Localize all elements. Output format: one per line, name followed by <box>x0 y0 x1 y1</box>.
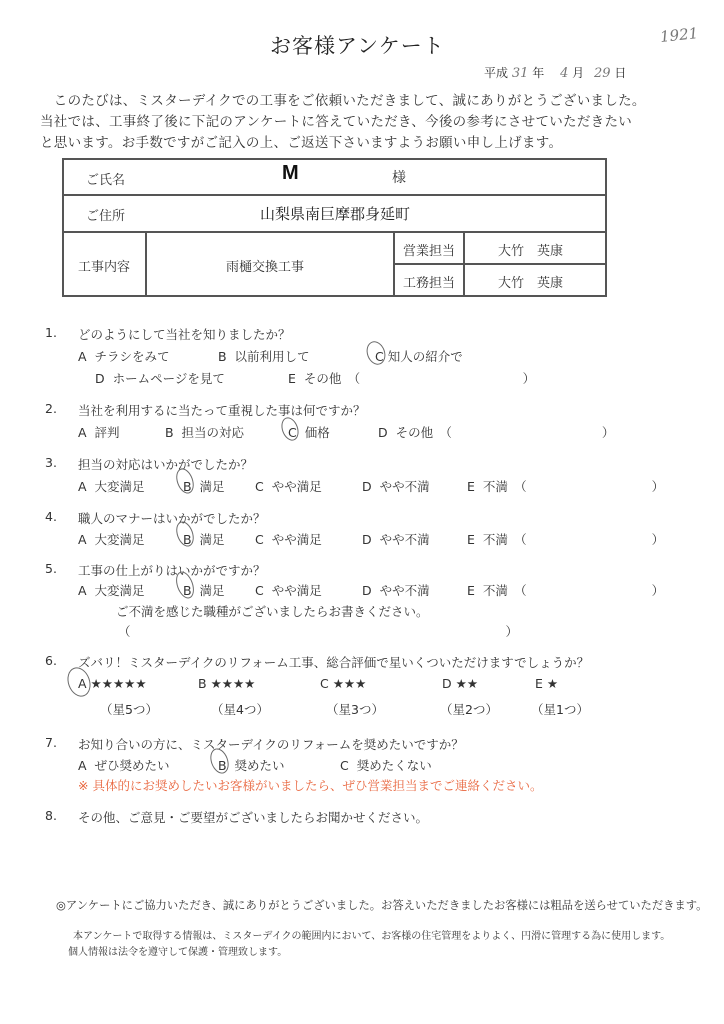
q4-option-a[interactable]: A 大変満足 <box>78 530 145 548</box>
date-month-label: 月 <box>572 66 584 80</box>
date-year-value[interactable]: 31 <box>512 66 529 81</box>
q3-option-a[interactable]: A 大変満足 <box>78 477 145 495</box>
work-label: 工事内容 <box>78 256 130 275</box>
q6-number: 6. <box>45 653 57 668</box>
q1-option-a[interactable]: A チラシをみて <box>78 347 170 365</box>
construction-rep-label: 工務担当 <box>403 272 455 291</box>
page-title: お客様アンケート <box>270 30 445 60</box>
q5-option-e[interactable]: E 不満 （ ） <box>467 581 664 599</box>
q7-option-c[interactable]: C 奨めたくない <box>340 756 432 774</box>
table-divider <box>62 194 607 196</box>
work-value[interactable]: 雨樋交換工事 <box>226 256 304 275</box>
q6-caption-e: （星1つ） <box>531 700 589 718</box>
q5-option-c[interactable]: C やや満足 <box>255 581 322 599</box>
q7-option-a[interactable]: A ぜひ奨めたい <box>78 756 170 774</box>
serial-number: 1921 <box>659 24 699 46</box>
q1-option-e[interactable]: E その他 （ ） <box>288 369 535 387</box>
table-divider <box>62 231 607 233</box>
date-day-label: 日 <box>614 66 626 80</box>
q3-number: 3. <box>45 455 57 470</box>
q1-text: どのようにして当社を知りましたか？ <box>78 325 291 343</box>
intro-line-3: と思います。お手数ですがご記入の上、ご返送下さいますようお願い申し上げます。 <box>40 131 562 151</box>
q2-number: 2. <box>45 401 57 416</box>
q6-caption-d: （星2つ） <box>440 700 498 718</box>
q1-option-c[interactable]: C 知人の紹介で <box>375 347 463 365</box>
q6-option-d[interactable]: D ★★ <box>442 676 478 691</box>
q2-text: 当社を利用するに当たって重視した事は何ですか？ <box>78 401 366 419</box>
q5-number: 5. <box>45 561 57 576</box>
q4-option-d[interactable]: D やや不満 <box>362 530 430 548</box>
date-era: 平成 <box>484 66 508 80</box>
construction-rep-value[interactable]: 大竹 英康 <box>498 272 563 291</box>
q8-number: 8. <box>45 808 57 823</box>
intro-line-2: 当社では、工事終了後に下記のアンケートに答えていただき、今後の参考にさせていただ… <box>40 110 632 130</box>
footer-privacy-line-2: 個人情報は法令を遵守して保護・管理致します。 <box>68 943 287 958</box>
q5-followup-field[interactable]: （ ） <box>118 622 518 640</box>
table-divider <box>393 231 395 297</box>
q6-text: ズバリ！ミスターデイクのリフォーム工事、総合評価で星いくついただけますでしょうか… <box>78 653 589 671</box>
q6-caption-c: （星3つ） <box>326 700 384 718</box>
q2-option-a[interactable]: A 評判 <box>78 423 120 441</box>
q3-option-e[interactable]: E 不満 （ ） <box>467 477 664 495</box>
q7-note: ※ 具体的にお奨めしたいお客様がいましたら、ぜひ営業担当までご連絡ください。 <box>78 776 542 794</box>
table-divider <box>463 231 465 297</box>
table-divider <box>393 263 607 265</box>
date-month-value[interactable]: 4 <box>560 66 568 81</box>
q8-comment-area[interactable] <box>45 828 685 883</box>
q5-followup-text: ご不満を感じた職種がございましたらお書きください。 <box>116 602 429 620</box>
date-year-label: 年 <box>532 66 544 80</box>
q6-option-e[interactable]: E ★ <box>535 676 558 691</box>
q1-number: 1. <box>45 325 57 340</box>
q1-option-d[interactable]: D ホームページを見て <box>95 369 225 387</box>
q1-option-b[interactable]: B 以前利用して <box>218 347 310 365</box>
q6-caption-a: （星5つ） <box>100 700 158 718</box>
q3-text: 担当の対応はいかがでしたか？ <box>78 455 253 473</box>
q7-text: お知り合いの方に、ミスターデイクのリフォームを奨めたいですか？ <box>78 735 464 753</box>
name-suffix: 様 <box>392 167 406 187</box>
name-label: ご氏名 <box>86 169 125 188</box>
footer-thanks: ◎アンケートにご協力いただき、誠にありがとうございました。お答えいただきましたお… <box>56 897 707 913</box>
q5-option-d[interactable]: D やや不満 <box>362 581 430 599</box>
q3-option-c[interactable]: C やや満足 <box>255 477 322 495</box>
q3-option-d[interactable]: D やや不満 <box>362 477 430 495</box>
q4-option-c[interactable]: C やや満足 <box>255 530 322 548</box>
sales-rep-label: 営業担当 <box>403 240 455 259</box>
name-value[interactable]: M <box>282 162 299 185</box>
q7-number: 7. <box>45 735 57 750</box>
address-label: ご住所 <box>86 205 125 224</box>
q2-option-b[interactable]: B 担当の対応 <box>165 423 244 441</box>
intro-line-1: このたびは、ミスターデイクでの工事をご依頼いただきまして、誠にありがとうございま… <box>40 89 646 109</box>
q4-number: 4. <box>45 509 57 524</box>
q6-option-c[interactable]: C ★★★ <box>320 676 366 691</box>
q4-text: 職人のマナーはいかがでしたか？ <box>78 509 266 527</box>
q8-text: その他、ご意見・ご要望がございましたらお聞かせください。 <box>78 808 428 826</box>
address-value[interactable]: 山梨県南巨摩郡身延町 <box>260 203 410 224</box>
q2-option-d[interactable]: D その他 （ ） <box>378 423 614 441</box>
q6-option-b[interactable]: B ★★★★ <box>198 676 255 691</box>
q5-text: 工事の仕上がりはいかがですか？ <box>78 561 266 579</box>
q4-option-e[interactable]: E 不満 （ ） <box>467 530 664 548</box>
q5-option-a[interactable]: A 大変満足 <box>78 581 145 599</box>
date-line: 平成 31 年 4 月 29 日 <box>484 64 626 81</box>
sales-rep-value[interactable]: 大竹 英康 <box>498 240 563 259</box>
q6-caption-b: （星4つ） <box>211 700 269 718</box>
table-divider <box>145 231 147 297</box>
footer-privacy-line-1: 本アンケートで取得する情報は、ミスターデイクの範囲内において、お客様の住宅管理を… <box>73 927 670 942</box>
date-day-value[interactable]: 29 <box>594 66 611 81</box>
